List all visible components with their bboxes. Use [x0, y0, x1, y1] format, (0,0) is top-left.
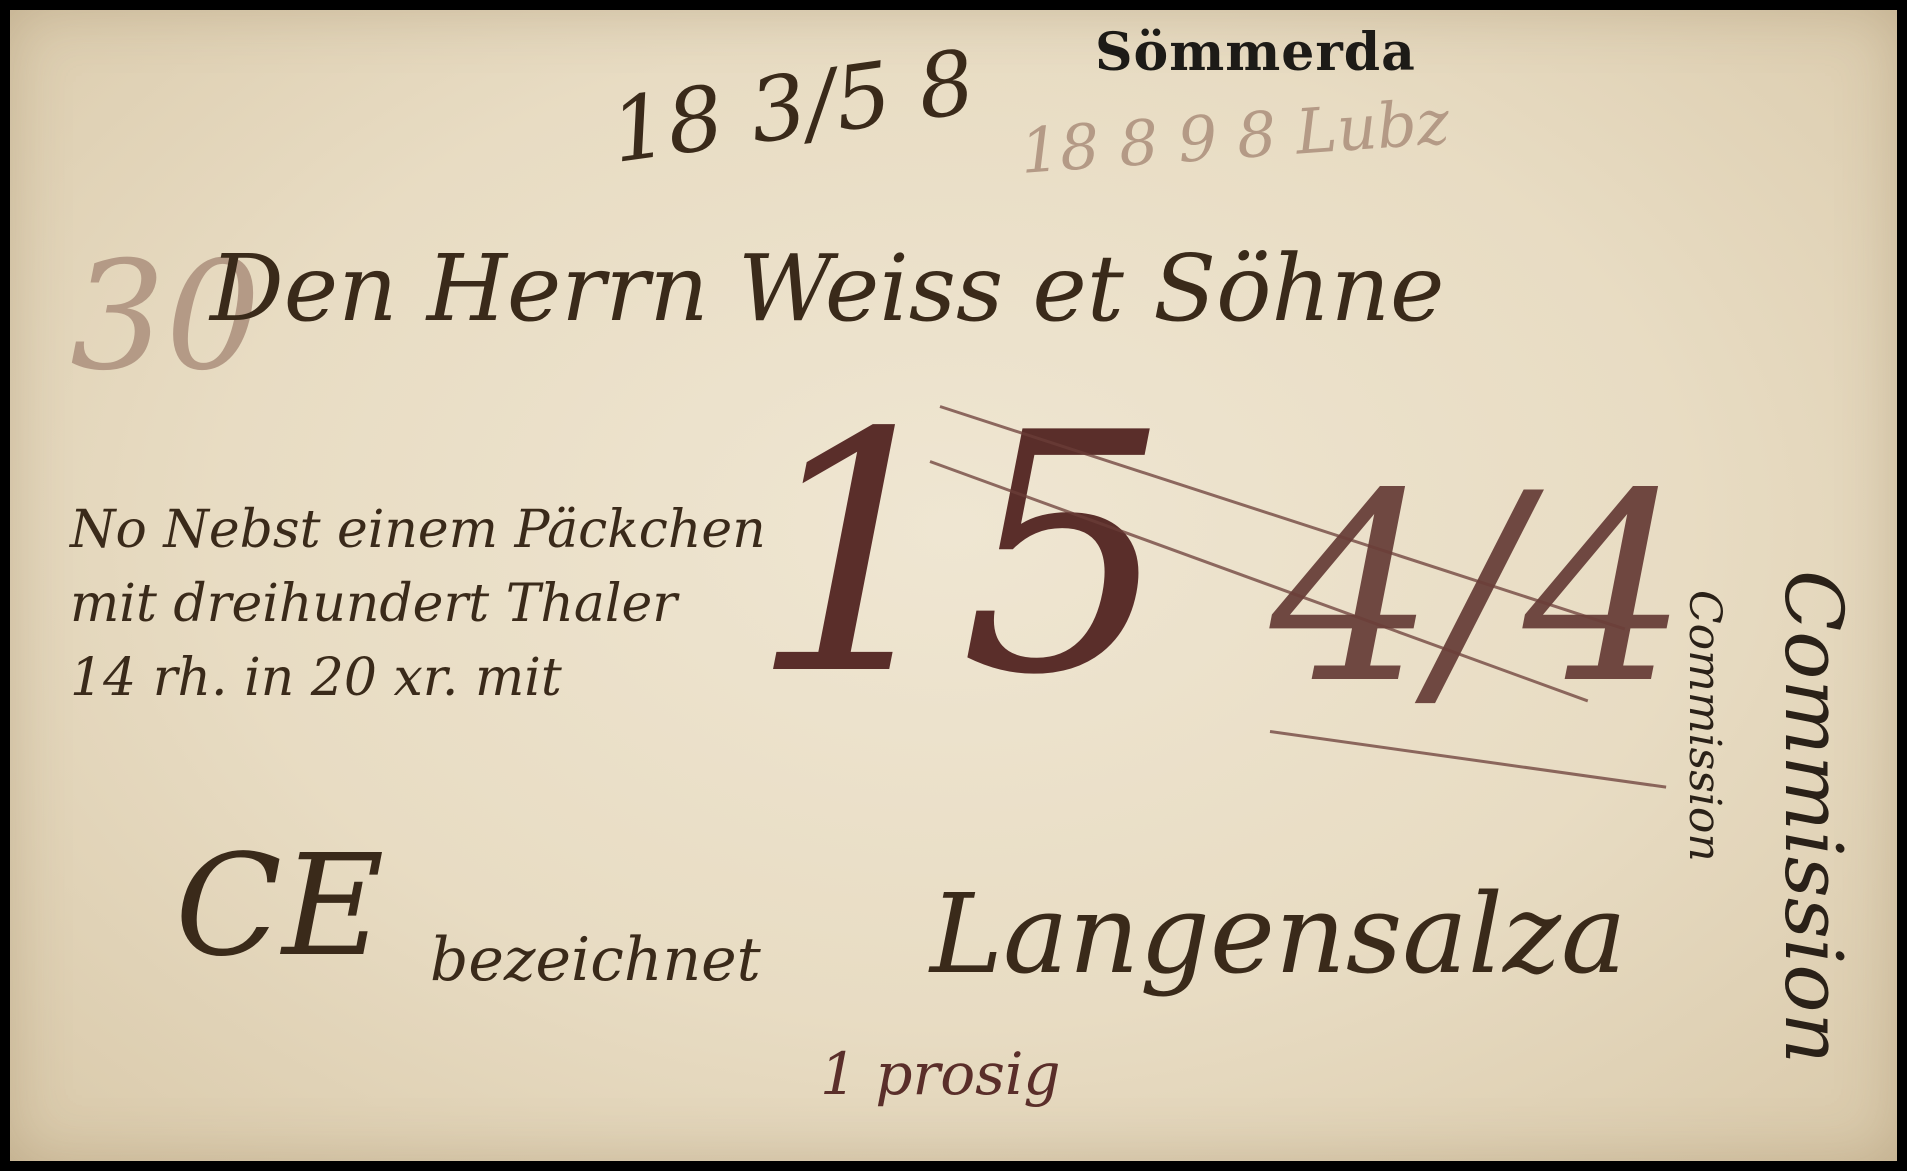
address-line1: Den Herrn Weiss et Söhne [210, 235, 1444, 342]
reference-number: 18 3/5 8 [605, 30, 981, 183]
contents-note: No Nebst einem Päckchen mit dreihundert … [70, 500, 766, 708]
registry-note: bezeichnet [430, 925, 761, 995]
side-note-right: Commission [1767, 570, 1860, 1064]
bottom-note: 1 prosig [820, 1040, 1061, 1108]
postage-mark-15: 15 [750, 390, 1170, 720]
postmark-sommerda: Sömmerda [1095, 22, 1416, 83]
address-city: Langensalza [930, 870, 1627, 998]
registry-mark: CE [175, 825, 384, 988]
letter-cover: Sömmerda 18 3/5 8 18 8 9 8 Lubz 30 Den H… [10, 10, 1897, 1161]
postage-mark-crossed: 4/4 [1270, 460, 1688, 720]
docket-date: 18 8 9 8 Lubz [1018, 85, 1452, 188]
side-note-left: Commission [1679, 590, 1730, 862]
